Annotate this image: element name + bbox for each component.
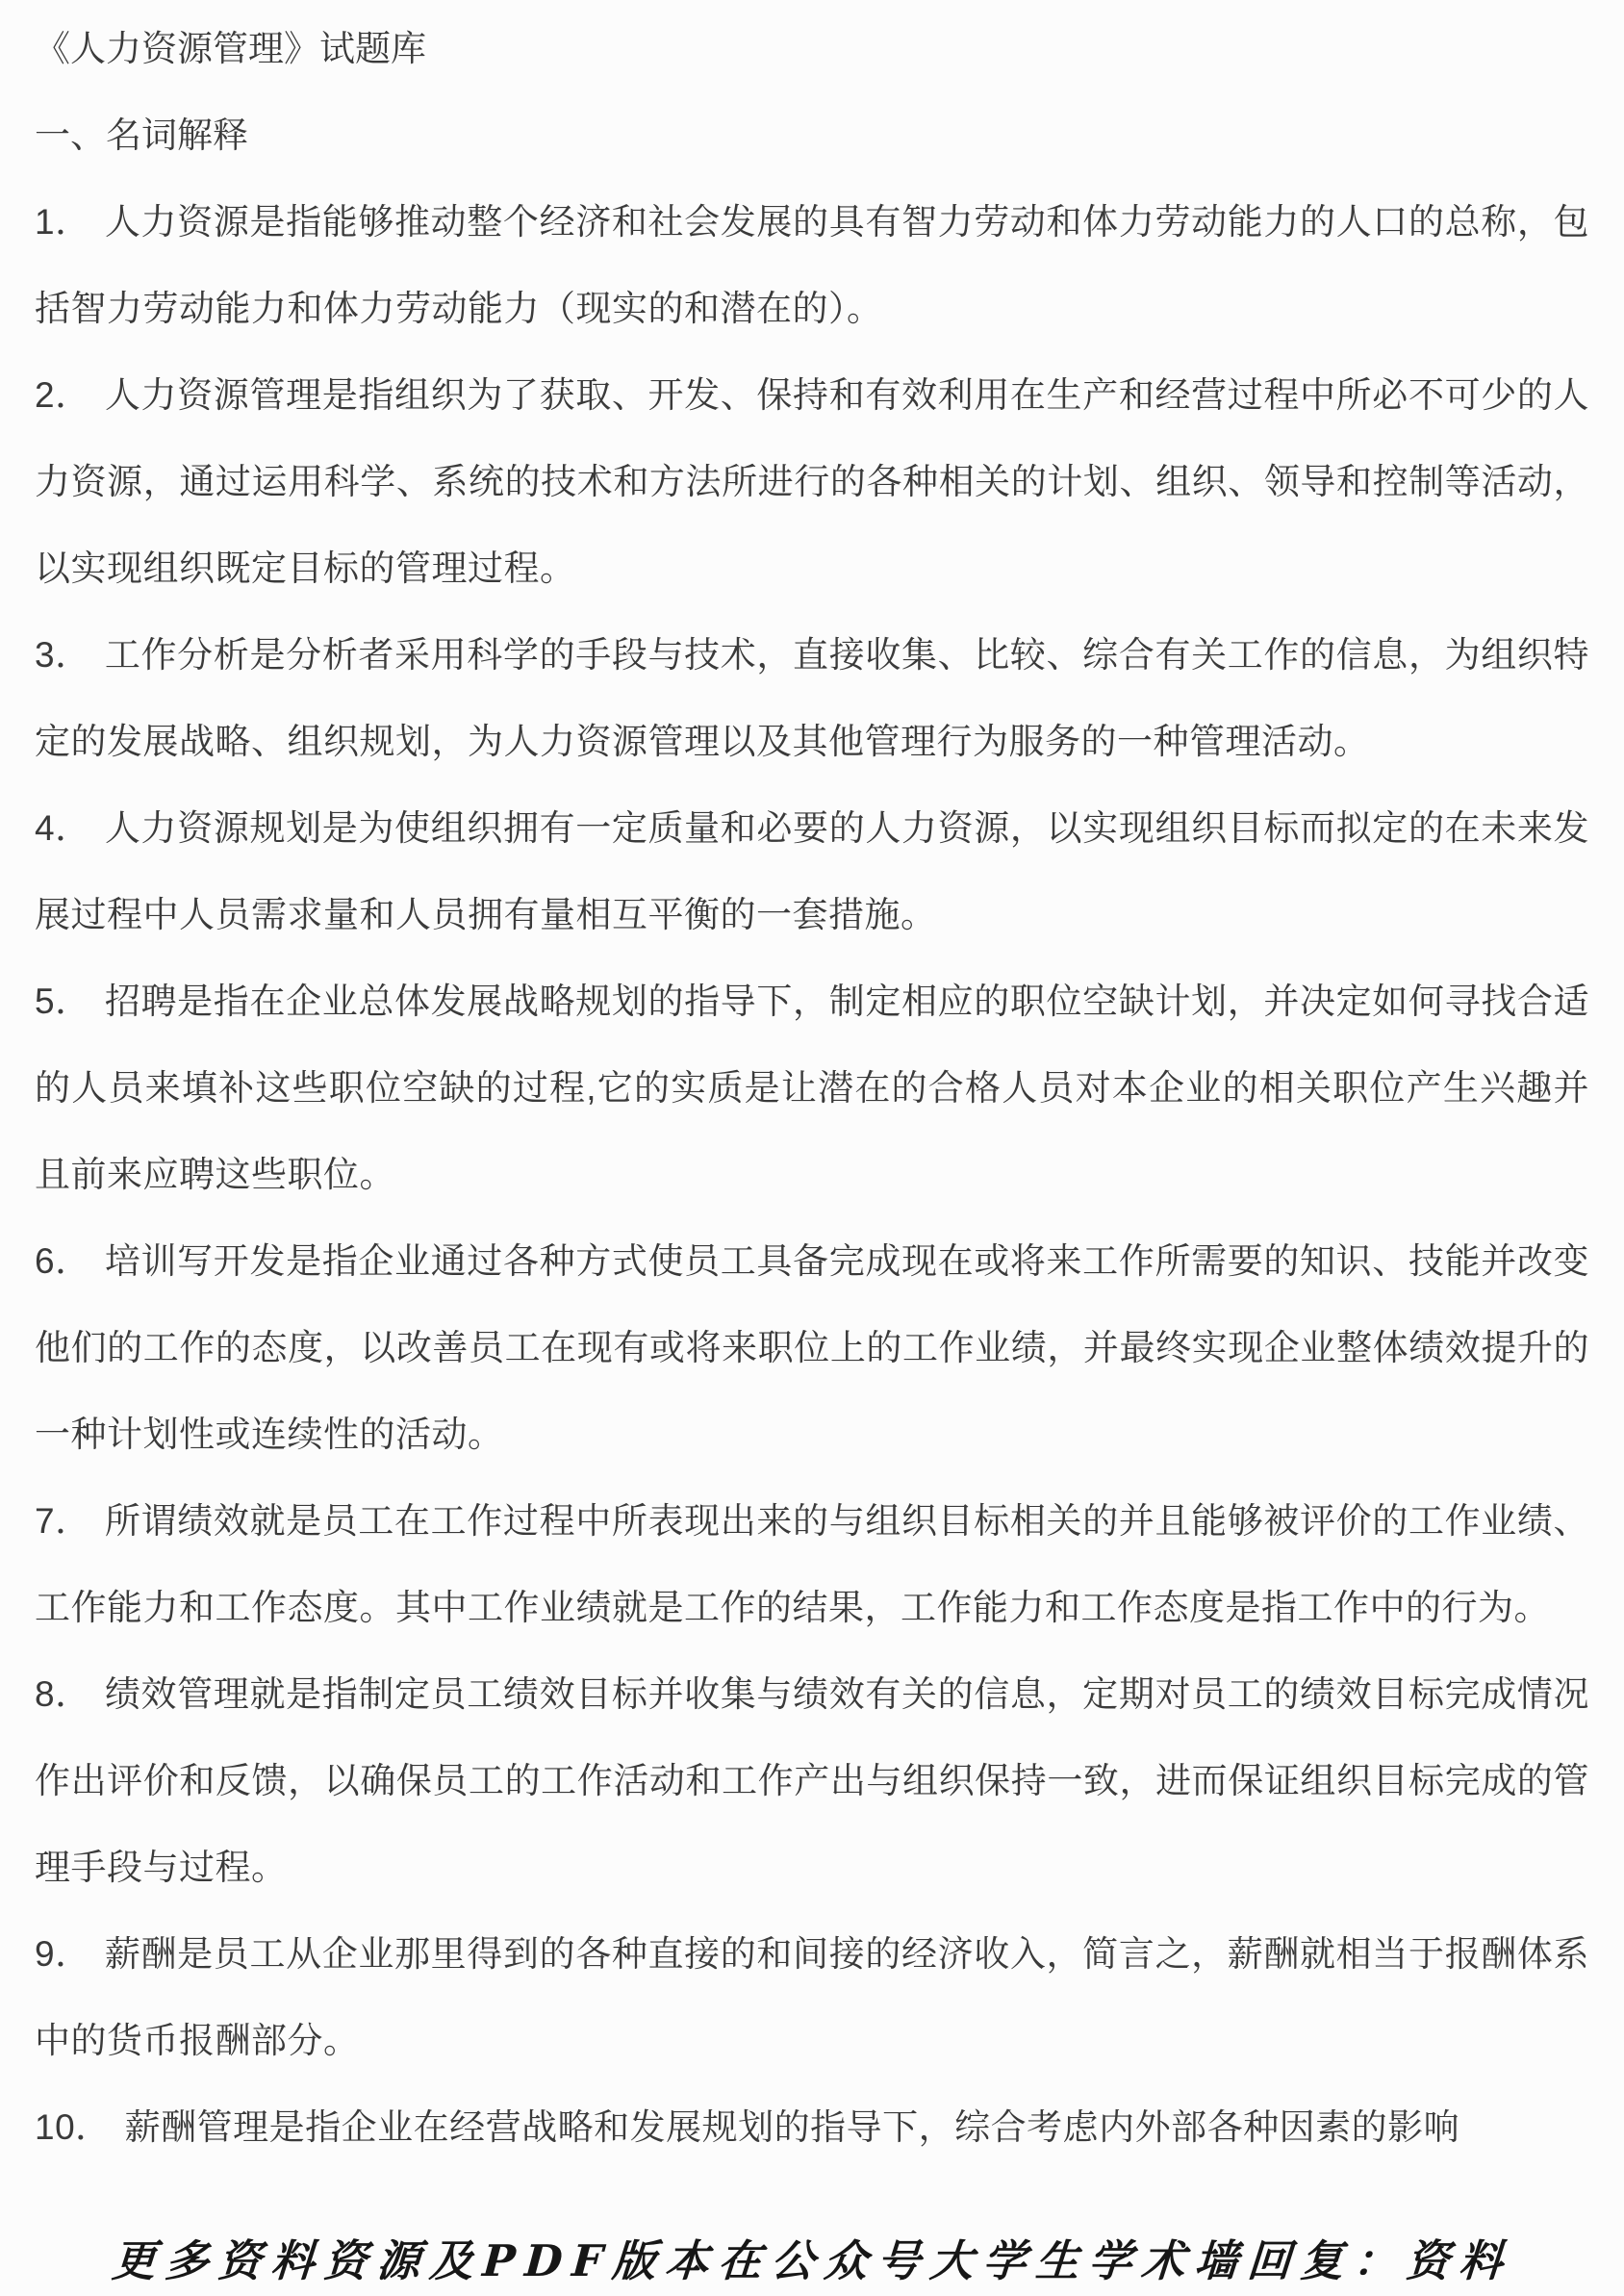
definition-item-8: 8．绩效管理就是指制定员工绩效目标并收集与绩效有关的信息，定期对员工的绩效目标完… <box>35 1651 1589 1911</box>
item-text: 人力资源规划是为使组织拥有一定质量和必要的人力资源，以实现组织目标而拟定的在未来… <box>35 808 1589 934</box>
document-title: 《人力资源管理》试题库 <box>35 6 1589 92</box>
item-text: 薪酬是员工从企业那里得到的各种直接的和间接的经济收入，简言之，薪酬就相当于报酬体… <box>35 1934 1589 2060</box>
item-text: 招聘是指在企业总体发展战略规划的指导下，制定相应的职位空缺计划，并决定如何寻找合… <box>35 982 1589 1194</box>
item-text: 所谓绩效就是员工在工作过程中所表现出来的与组织目标相关的并且能够被评价的工作业绩… <box>35 1501 1589 1627</box>
definition-item-1: 1．人力资源是指能够推动整个经济和社会发展的具有智力劳动和体力劳动能力的人口的总… <box>35 179 1589 352</box>
item-number: 2． <box>35 375 91 415</box>
item-text: 薪酬管理是指企业在经营战略和发展规划的指导下，综合考虑内外部各种因素的影响 <box>125 2107 1460 2147</box>
definition-item-7: 7．所谓绩效就是员工在工作过程中所表现出来的与组织目标相关的并且能够被评价的工作… <box>35 1478 1589 1651</box>
item-number: 3． <box>35 635 91 675</box>
definition-item-6: 6．培训写开发是指企业通过各种方式使员工具备完成现在或将来工作所需要的知识、技能… <box>35 1218 1589 1478</box>
item-text: 人力资源管理是指组织为了获取、开发、保持和有效利用在生产和经营过程中所必不可少的… <box>35 375 1589 588</box>
definition-item-9: 9．薪酬是员工从企业那里得到的各种直接的和间接的经济收入，简言之，薪酬就相当于报… <box>35 1911 1589 2084</box>
definition-item-5: 5．招聘是指在企业总体发展战略规划的指导下，制定相应的职位空缺计划，并决定如何寻… <box>35 958 1589 1218</box>
item-text: 培训写开发是指企业通过各种方式使员工具备完成现在或将来工作所需要的知识、技能并改… <box>35 1241 1589 1454</box>
item-number: 8． <box>35 1674 91 1714</box>
document-content: 《人力资源管理》试题库 一、名词解释 1．人力资源是指能够推动整个经济和社会发展… <box>0 0 1624 2171</box>
item-number: 6． <box>35 1241 91 1281</box>
section-heading: 一、名词解释 <box>35 92 1589 179</box>
item-text: 人力资源是指能够推动整个经济和社会发展的具有智力劳动和体力劳动能力的人口的总称，… <box>35 202 1589 328</box>
footer-band: 更多资料资源及PDF版本在公众号大学生学术墙回复：资料 <box>0 2217 1624 2296</box>
item-number: 5． <box>35 982 91 1021</box>
item-number: 7． <box>35 1501 91 1541</box>
definition-item-4: 4．人力资源规划是为使组织拥有一定质量和必要的人力资源，以实现组织目标而拟定的在… <box>35 785 1589 958</box>
item-number: 1． <box>35 202 91 242</box>
definition-item-10: 10．薪酬管理是指企业在经营战略和发展规划的指导下，综合考虑内外部各种因素的影响 <box>35 2084 1589 2171</box>
item-number: 10． <box>35 2107 112 2147</box>
item-text: 工作分析是分析者采用科学的手段与技术，直接收集、比较、综合有关工作的信息，为组织… <box>35 635 1589 761</box>
item-number: 9． <box>35 1934 91 1974</box>
definition-item-2: 2．人力资源管理是指组织为了获取、开发、保持和有效利用在生产和经营过程中所必不可… <box>35 352 1589 612</box>
definition-item-3: 3．工作分析是分析者采用科学的手段与技术，直接收集、比较、综合有关工作的信息，为… <box>35 612 1589 785</box>
item-text: 绩效管理就是指制定员工绩效目标并收集与绩效有关的信息，定期对员工的绩效目标完成情… <box>35 1674 1589 1887</box>
item-number: 4． <box>35 808 91 848</box>
document-page: 《人力资源管理》试题库 一、名词解释 1．人力资源是指能够推动整个经济和社会发展… <box>0 0 1624 2296</box>
footer-promo-text: 更多资料资源及PDF版本在公众号大学生学术墙回复：资料 <box>110 2226 1513 2288</box>
